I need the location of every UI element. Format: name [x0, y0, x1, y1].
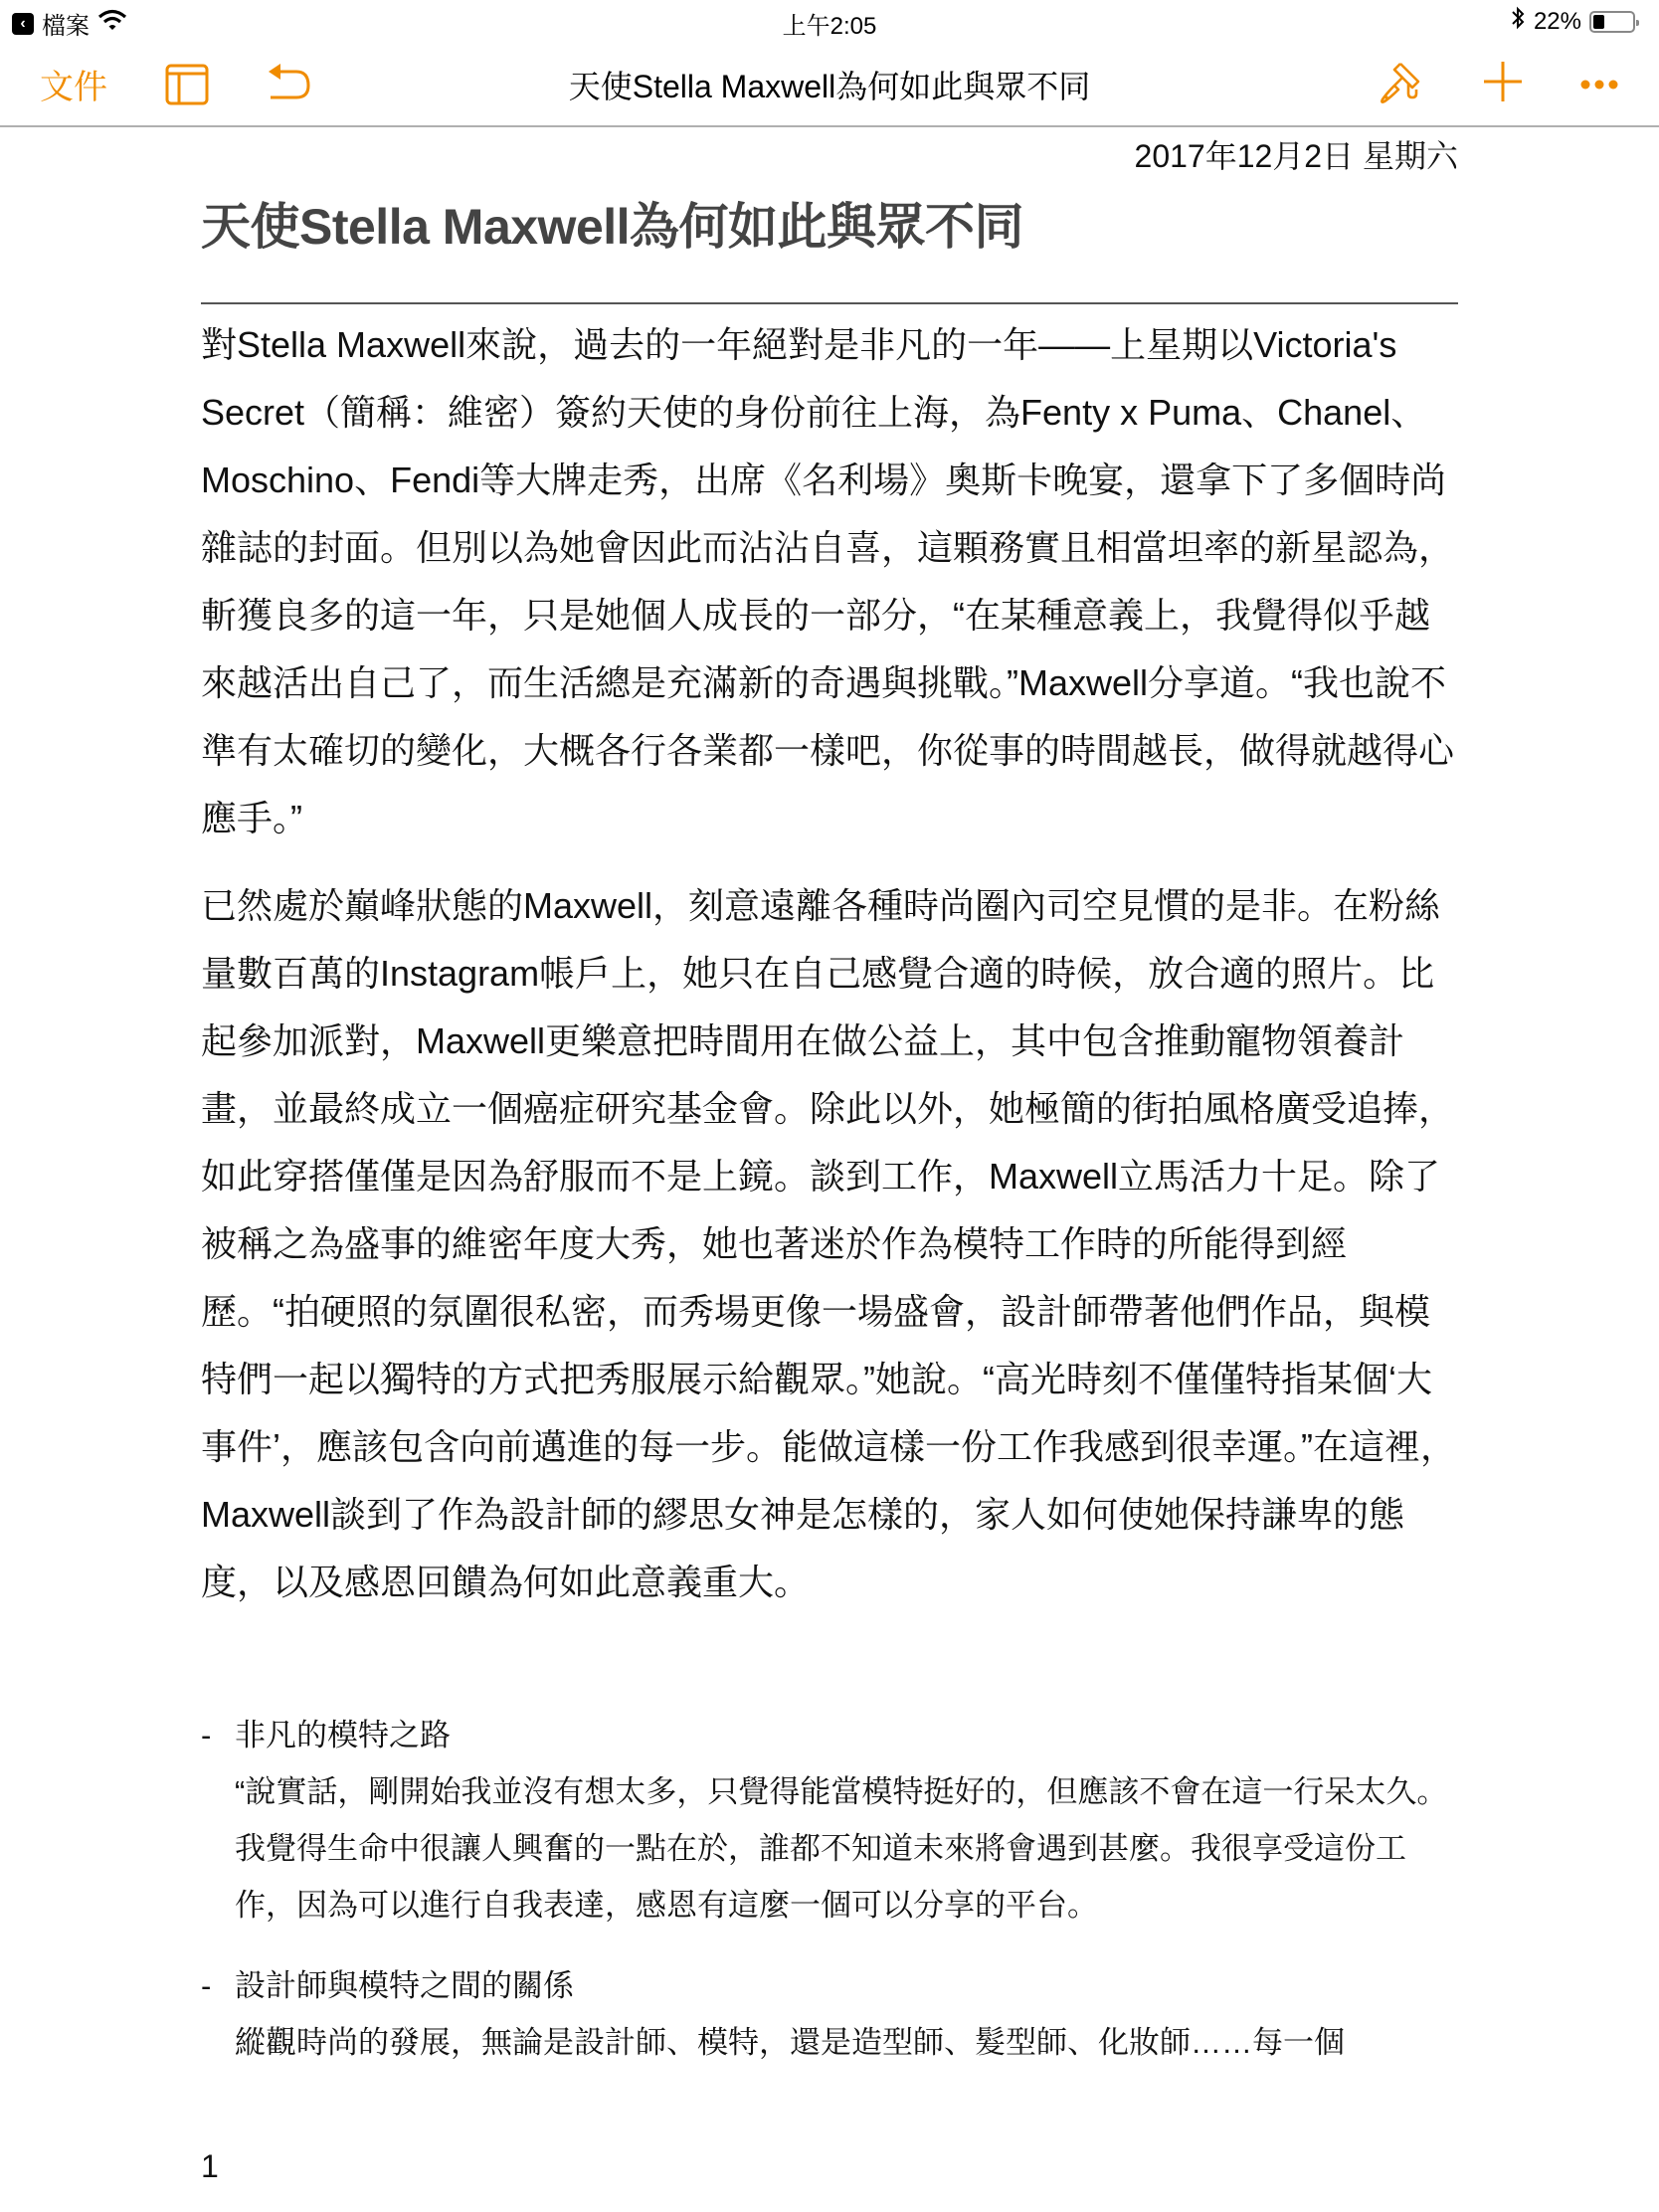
list-item-heading[interactable]: 非凡的模特之路	[235, 1707, 1464, 1763]
nav-bar: 文件 天使Stella Maxwell為何如此與眾不同	[0, 40, 1659, 127]
status-bar-right: 22%	[1510, 6, 1635, 37]
paintbrush-icon[interactable]	[1379, 60, 1424, 110]
title-divider	[201, 302, 1458, 304]
list-item-body[interactable]: “說實話，剛開始我並沒有想太多，只覺得能當模特挺好的，但應該不會在這一行呆太久。…	[235, 1763, 1464, 1934]
page-number: 1	[201, 2148, 219, 2185]
more-icon[interactable]	[1579, 78, 1619, 95]
status-bar: ‹ 檔案 上午2:05 22%	[0, 0, 1659, 40]
document-date[interactable]: 2017年12月2日 星期六	[1135, 131, 1458, 177]
battery-fill	[1593, 15, 1604, 29]
list-item-heading[interactable]: 設計師與模特之間的關係	[235, 1957, 1464, 2014]
document-title[interactable]: 天使Stella Maxwell為何如此與眾不同	[201, 187, 1023, 259]
paragraph-spacer	[201, 852, 1464, 872]
body-paragraph[interactable]: 對Stella Maxwell來說，過去的一年絕對是非凡的一年——上星期以Vic…	[201, 311, 1464, 852]
list-item-content[interactable]: - 設計師與模特之間的關係 縱觀時尚的發展，無論是設計師、模特，還是造型師、髮型…	[201, 1957, 1464, 2071]
list-item-body[interactable]: 縱觀時尚的發展，無論是設計師、模特，還是造型師、髮型師、化妝師……每一個	[235, 2014, 1464, 2071]
list-item-content[interactable]: - 非凡的模特之路 “說實話，剛開始我並沒有想太多，只覺得能當模特挺好的，但應該…	[201, 1707, 1464, 1934]
list-dash: -	[201, 1707, 211, 1763]
list-item[interactable]: - 非凡的模特之路 “說實話，剛開始我並沒有想太多，只覺得能當模特挺好的，但應該…	[201, 1707, 1464, 1934]
body-paragraph[interactable]: 已然處於巔峰狀態的Maxwell，刻意遠離各種時尚圈內司空見慣的是非。在粉絲量數…	[201, 872, 1464, 1616]
clock: 上午2:05	[0, 6, 1659, 41]
bluetooth-icon	[1510, 6, 1526, 37]
document-body[interactable]: 對Stella Maxwell來說，過去的一年絕對是非凡的一年——上星期以Vic…	[201, 311, 1464, 1616]
list-item[interactable]: - 設計師與模特之間的關係 縱觀時尚的發展，無論是設計師、模特，還是造型師、髮型…	[201, 1957, 1464, 2071]
battery-percent: 22%	[1534, 8, 1581, 36]
battery-tip	[1636, 20, 1639, 26]
plus-icon[interactable]	[1482, 60, 1524, 108]
battery-icon	[1589, 11, 1635, 33]
list-dash: -	[201, 1957, 211, 2014]
